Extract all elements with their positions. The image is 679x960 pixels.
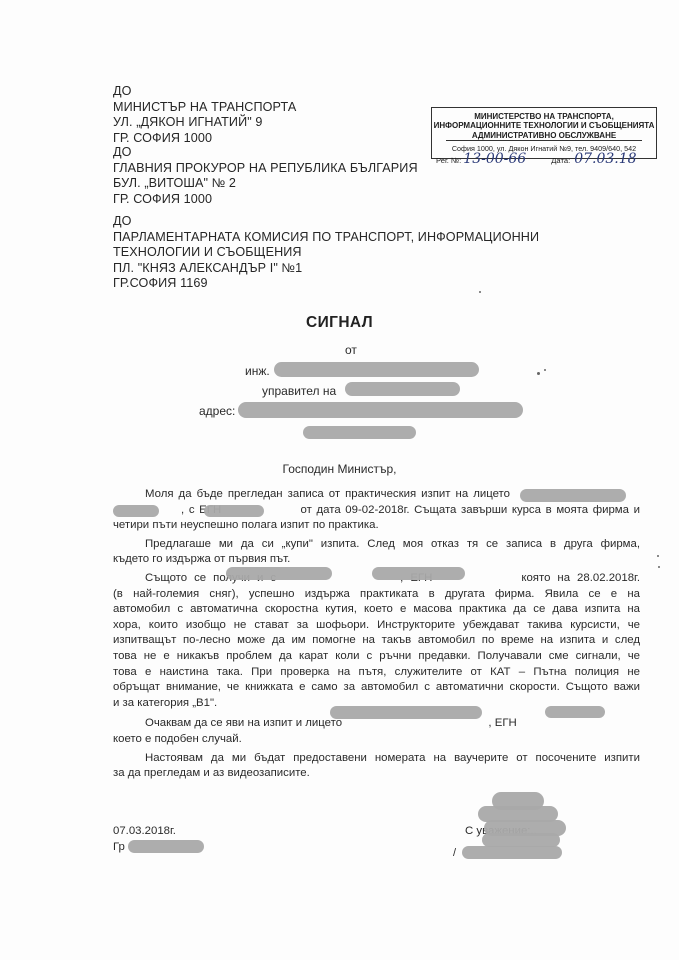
addressee-line: ГЛАВНИЯ ПРОКУРОР НА РЕПУБЛИКА БЪЛГАРИЯ — [113, 161, 418, 177]
p3-line8: обръщат внимание, че книжката е само за … — [113, 681, 640, 693]
p1-line1: Моля да бъде прегледан записа от практич… — [145, 488, 510, 500]
stamp-service: АДМИНИСТРАТИВНО ОБСЛУЖВАНЕ — [446, 131, 642, 141]
addressee-line: ТЕХНОЛОГИИ И СЪОБЩЕНИЯ — [113, 245, 539, 261]
salutation: Господин Министър, — [0, 462, 679, 476]
p1-line3: четири пъти неуспешно полага изпит по пр… — [113, 519, 379, 531]
addressee-to-label: ДО — [113, 214, 539, 230]
letter-body: Моля да бъде прегледан записа от практич… — [113, 487, 640, 782]
redaction-person1-name-a — [520, 489, 626, 502]
p3-line7: това е наистина така. При проверка на пъ… — [113, 666, 640, 678]
stamp-date-label: Дата: — [551, 156, 570, 165]
signature-prefix: / — [453, 847, 456, 859]
addressee-to-label: ДО — [113, 84, 296, 100]
scan-speck — [657, 555, 659, 557]
registration-stamp: МИНИСТЕРСТВО НА ТРАНСПОРТА, ИНФОРМАЦИОНН… — [431, 107, 657, 159]
p3-line9: и за категория „В1". — [113, 697, 217, 709]
addressee-line: ГР.СОФИЯ 1169 — [113, 276, 539, 292]
redaction-sender-name — [274, 362, 479, 377]
addressee-line: УЛ. „ДЯКОН ИГНАТИЙ" 9 — [113, 115, 296, 131]
p2-line1: Предлагаше ми да си „купи" изпита. След … — [145, 538, 640, 550]
p4-line1a: Очаквам да се яви на изпит и лицето — [145, 717, 342, 729]
addressee-minister: ДО МИНИСТЪР НА ТРАНСПОРТА УЛ. „ДЯКОН ИГН… — [113, 84, 296, 146]
paragraph-2: Предлагаше ми да си „купи" изпита. След … — [113, 537, 640, 568]
addressee-to-label: ДО — [113, 145, 418, 161]
redaction-person1-egn — [204, 505, 264, 517]
sender-manager-label: управител на — [262, 384, 336, 398]
from-label: от — [345, 343, 357, 357]
sender-address-label: адрес: — [199, 404, 235, 418]
p2-line2: където го издържа от първия път. — [113, 553, 290, 565]
redaction-signature-mid3 — [482, 833, 560, 847]
paragraph-3: Същото се получи и с , ЕГН която на 28.0… — [113, 571, 640, 711]
redaction-person1-name-b — [113, 505, 159, 517]
p4-line1b: , ЕГН — [488, 717, 516, 729]
letter-city-prefix: Гр — [113, 841, 125, 853]
addressee-committee: ДО ПАРЛАМЕНТАРНАТА КОМИСИЯ ПО ТРАНСПОРТ,… — [113, 214, 539, 292]
stamp-org-line1: МИНИСТЕРСТВО НА ТРАНСПОРТА, — [432, 108, 656, 121]
p5-line2: за да прегледам и аз видеозаписите. — [113, 767, 310, 779]
redaction-company — [345, 382, 460, 396]
redaction-person3-name — [330, 706, 482, 719]
stamp-reg-number: 13-00-66 — [463, 155, 551, 164]
addressee-prosecutor: ДО ГЛАВНИЯ ПРОКУРОР НА РЕПУБЛИКА БЪЛГАРИ… — [113, 145, 418, 207]
p5-line1: Настоявам да ми бъдат предоставени номер… — [145, 752, 640, 764]
p1-line2b: от дата 09-02-2018г. Същата завърши курс… — [301, 504, 640, 516]
paragraph-4: Очаквам да се яви на изпит и лицето , ЕГ… — [113, 716, 640, 747]
addressee-line: БУЛ. „ВИТОША" № 2 — [113, 176, 418, 192]
stamp-org-line2: ИНФОРМАЦИОННИТЕ ТЕХНОЛОГИИ И СЪОБЩЕНИЯТА — [432, 121, 656, 130]
p3-line4: хора, които изобщо не стават за шофьори.… — [113, 619, 640, 631]
stamp-reg-label: Рег. №: — [436, 156, 461, 165]
letter-date: 07.03.2018г. — [113, 825, 176, 837]
p3-line3: автомобил с автоматична скоростна кутия,… — [113, 603, 640, 615]
redaction-signature-bottom — [462, 846, 562, 859]
redaction-address-line2 — [303, 426, 416, 439]
scan-speck — [658, 566, 660, 568]
addressee-line: ПЛ. "КНЯЗ АЛЕКСАНДЪР I" №1 — [113, 261, 539, 277]
p3-line2: (в най-големия сняг), успешно издържа пр… — [113, 588, 640, 600]
stamp-registration-row: Рег. №: 13-00-66 Дата: 07.03.18 — [432, 155, 656, 165]
redaction-city — [128, 840, 204, 853]
addressee-line: ГР. СОФИЯ 1000 — [113, 192, 418, 208]
document-title: СИГНАЛ — [0, 314, 679, 332]
scan-speck — [537, 372, 540, 375]
p3-line1c: която на 28.02.2018г. — [521, 572, 640, 584]
p3-line5: изпитващът по-лесно може да им помогне н… — [113, 634, 640, 646]
paragraph-5: Настоявам да ми бъдат предоставени номер… — [113, 751, 640, 782]
redaction-person3-egn — [545, 706, 605, 718]
addressee-line: ПАРЛАМЕНТАРНАТА КОМИСИЯ ПО ТРАНСПОРТ, ИН… — [113, 230, 539, 246]
redaction-address-line1 — [238, 402, 523, 418]
redaction-person2-egn — [372, 567, 465, 580]
redaction-person2-name — [226, 567, 332, 580]
p4-line2: което е подобен случай. — [113, 733, 242, 745]
sender-name-label: инж. — [245, 364, 270, 378]
scan-speck — [544, 369, 546, 371]
stamp-date-value: 07.03.18 — [574, 155, 636, 164]
p3-line6: това не е никакъв проблем да карат коли … — [113, 650, 640, 662]
scan-speck — [479, 291, 481, 293]
addressee-line: МИНИСТЪР НА ТРАНСПОРТА — [113, 100, 296, 116]
